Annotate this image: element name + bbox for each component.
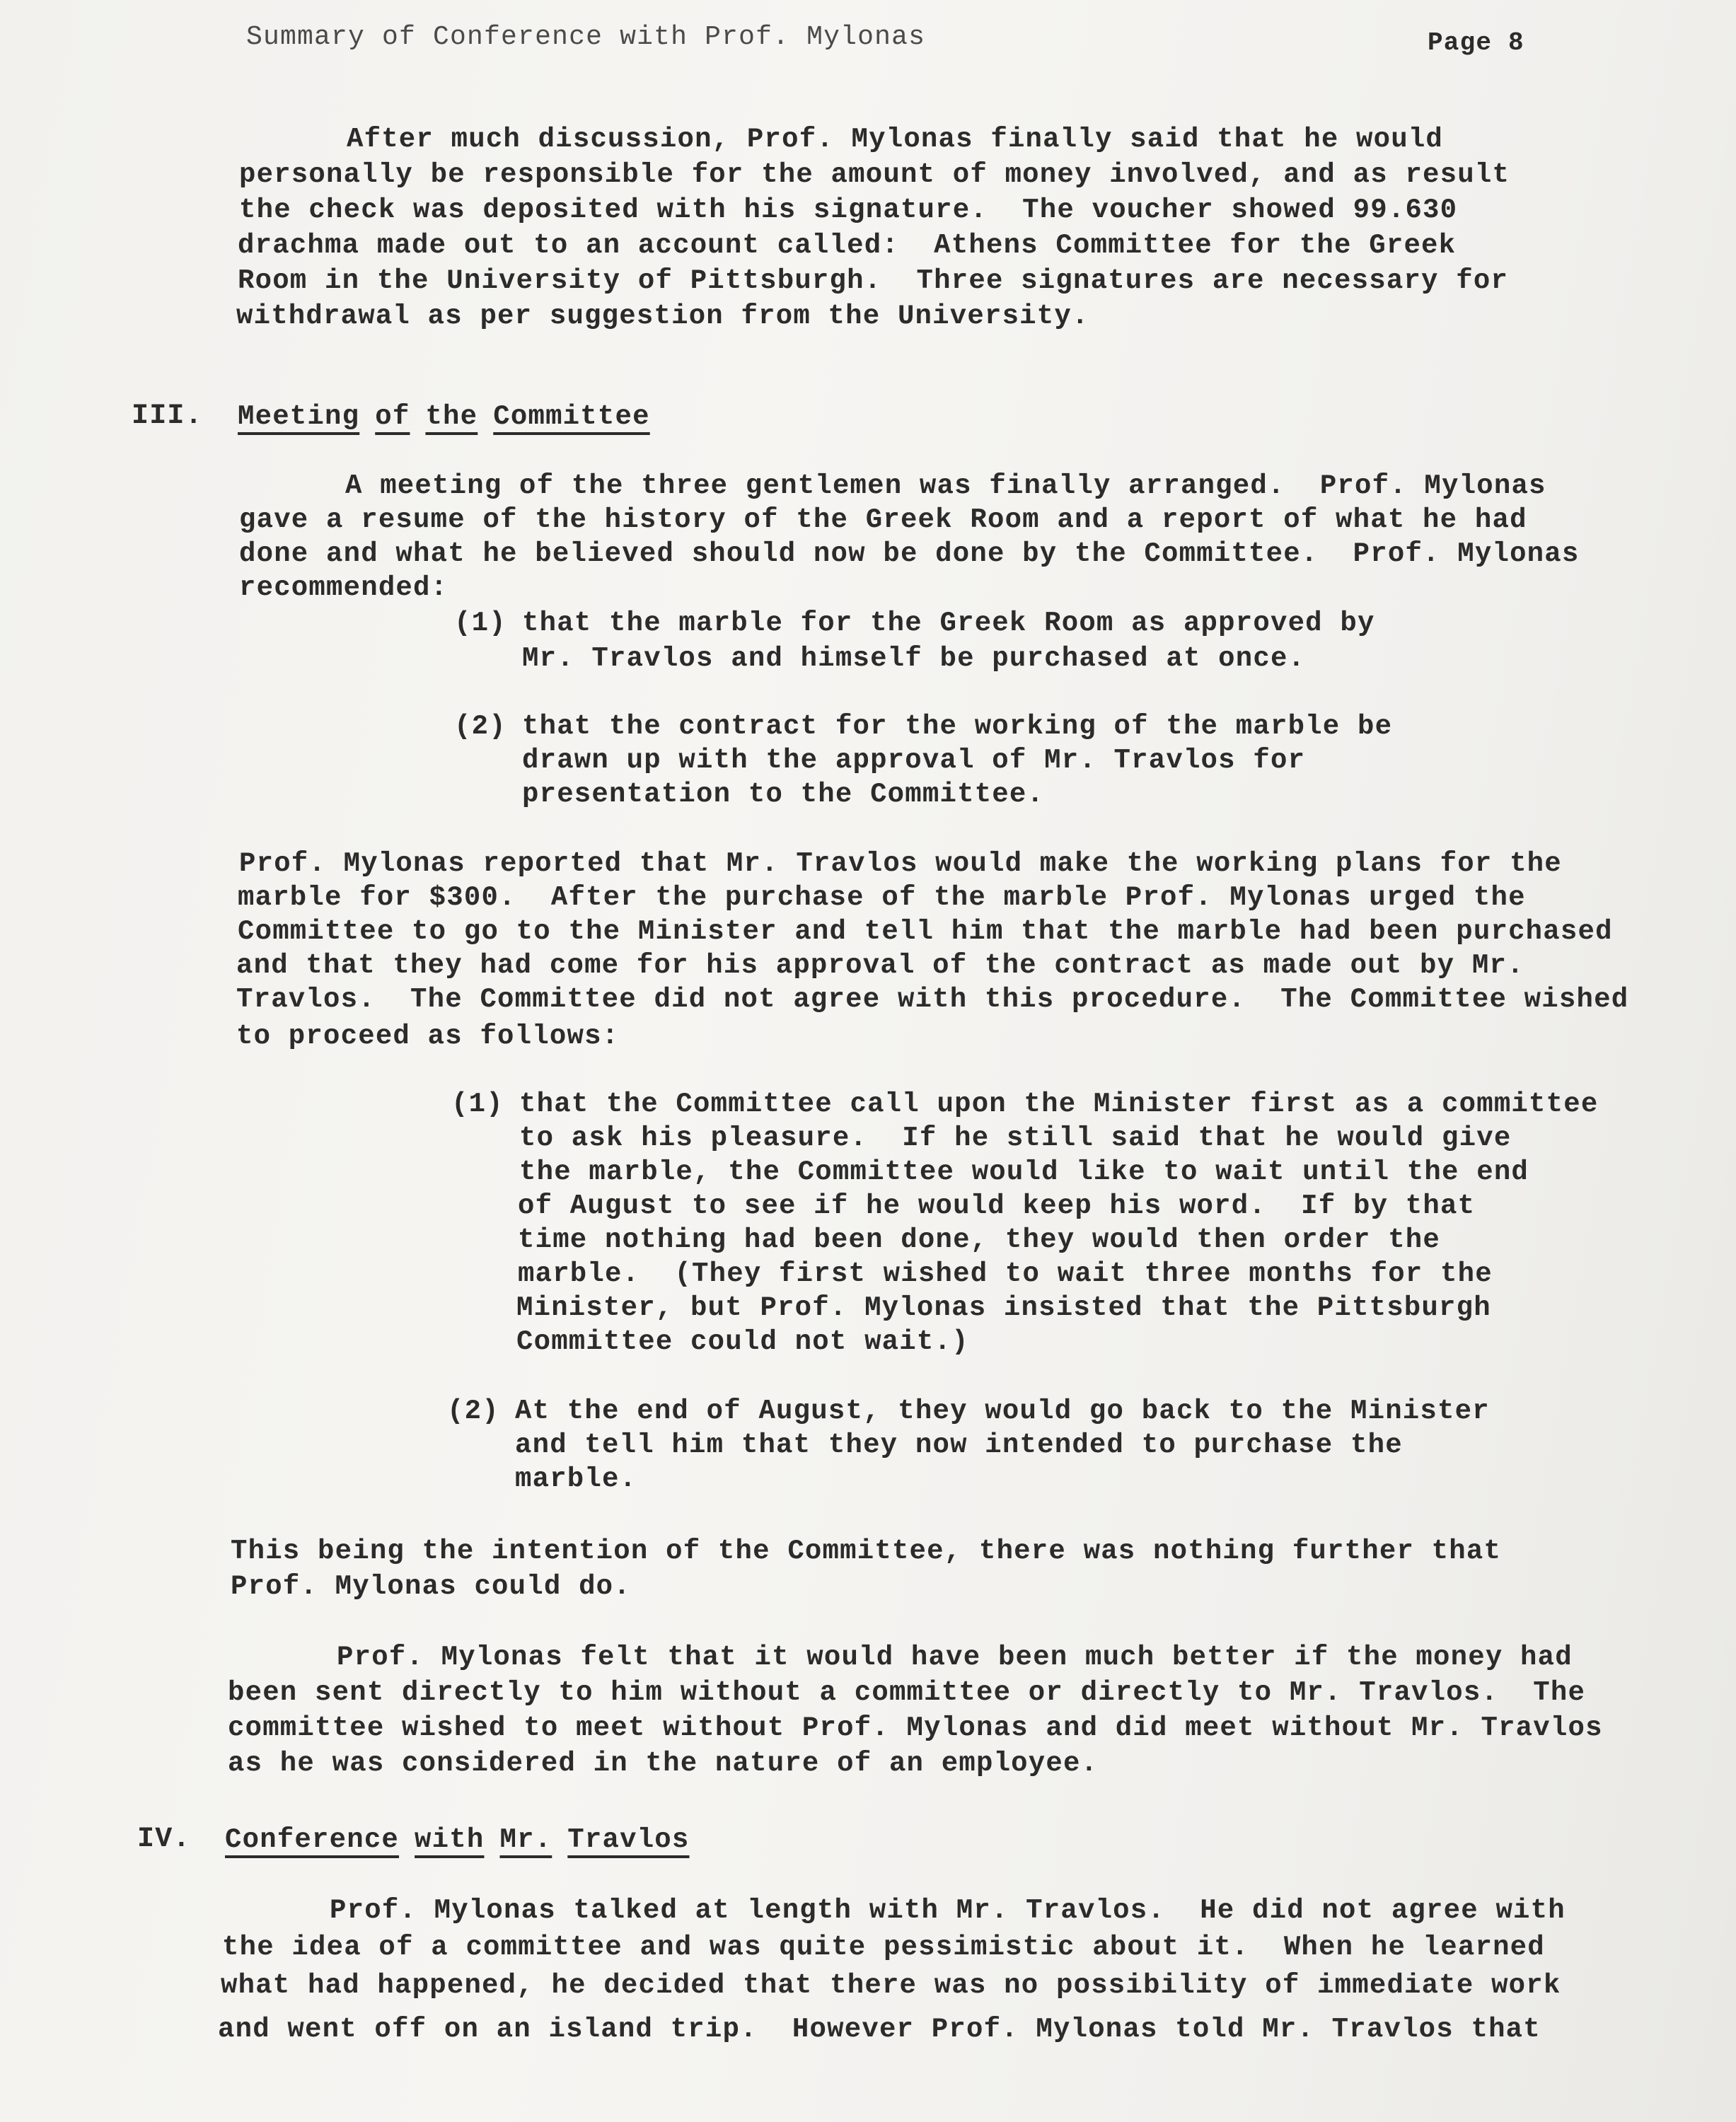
text-line: This being the intention of the Committe…	[231, 1533, 1501, 1569]
section-numeral: III.	[132, 399, 203, 434]
heading-word: of	[375, 401, 410, 432]
section-title: MeetingoftheCommittee	[238, 399, 650, 434]
heading-word: Travlos	[567, 1824, 689, 1855]
text-line: the idea of a committee and was quite pe…	[222, 1930, 1545, 1965]
text-line: the check was deposited with his signatu…	[239, 192, 1457, 228]
text-line: drachma made out to an account called: A…	[238, 228, 1456, 263]
list-marker: (1)	[454, 605, 507, 641]
text-line: that the marble for the Greek Room as ap…	[522, 605, 1375, 641]
text-line: Travlos. The Committee did not agree wit…	[236, 982, 1628, 1017]
text-line: marble for $300. After the purchase of t…	[238, 880, 1526, 915]
text-line: recommended:	[239, 570, 448, 605]
document-page: Summary of Conference with Prof. Mylonas…	[0, 0, 1736, 2122]
text-line: After much discussion, Prof. Mylonas fin…	[347, 122, 1443, 157]
text-line: and tell him that they now intended to p…	[515, 1427, 1403, 1463]
text-line: personally be responsible for the amount…	[239, 157, 1510, 192]
text-line: and that they had come for his approval …	[236, 948, 1524, 983]
list-marker: (2)	[447, 1393, 499, 1429]
heading-word: Committee	[493, 401, 649, 432]
section-numeral: IV.	[137, 1822, 191, 1857]
text-line: to proceed as follows:	[236, 1019, 619, 1054]
text-line: to ask his pleasure. If he still said th…	[519, 1120, 1511, 1156]
text-line: Room in the University of Pittsburgh. Th…	[238, 263, 1508, 298]
text-line: that the contract for the working of the…	[522, 709, 1392, 744]
heading-word: Conference	[225, 1824, 399, 1855]
text-line: Prof. Mylonas felt that it would have be…	[337, 1640, 1573, 1675]
document-header-title: Summary of Conference with Prof. Mylonas	[246, 20, 925, 55]
page-number: Page 8	[1428, 25, 1524, 61]
text-line: Minister, but Prof. Mylonas insisted tha…	[516, 1290, 1491, 1326]
text-line: of August to see if he would keep his wo…	[518, 1188, 1475, 1224]
text-line: time nothing had been done, they would t…	[518, 1222, 1440, 1258]
text-line: been sent directly to him without a comm…	[228, 1675, 1585, 1710]
text-line: that the Committee call upon the Ministe…	[519, 1086, 1598, 1122]
text-line: and went off on an island trip. However …	[218, 2012, 1541, 2047]
text-line: marble.	[515, 1461, 637, 1497]
heading-word: Mr.	[499, 1824, 552, 1855]
text-line: drawn up with the approval of Mr. Travlo…	[522, 743, 1305, 778]
heading-word: Meeting	[238, 401, 359, 432]
text-line: Mr. Travlos and himself be purchased at …	[522, 641, 1305, 676]
list-marker: (1)	[451, 1086, 504, 1122]
text-line: what had happened, he decided that there…	[221, 1968, 1561, 2003]
text-line: marble. (They first wished to wait three…	[518, 1256, 1493, 1292]
text-line: as he was considered in the nature of an…	[228, 1746, 1098, 1781]
text-line: gave a resume of the history of the Gree…	[239, 502, 1527, 538]
text-line: Prof. Mylonas could do.	[231, 1569, 631, 1604]
text-line: A meeting of the three gentlemen was fin…	[345, 468, 1546, 504]
text-line: withdrawal as per suggestion from the Un…	[236, 298, 1089, 334]
text-line: done and what he believed should now be …	[239, 536, 1580, 572]
heading-word: with	[415, 1824, 484, 1855]
text-line: presentation to the Committee.	[522, 777, 1044, 812]
text-line: Prof. Mylonas reported that Mr. Travlos …	[239, 846, 1562, 881]
text-line: Prof. Mylonas talked at length with Mr. …	[330, 1893, 1566, 1928]
text-line: Committee to go to the Minister and tell…	[238, 914, 1613, 949]
heading-word: the	[425, 401, 478, 432]
text-line: committee wished to meet without Prof. M…	[228, 1710, 1603, 1746]
text-line: the marble, the Committee would like to …	[519, 1154, 1529, 1190]
section-title: ConferencewithMr.Travlos	[225, 1822, 690, 1857]
text-line: At the end of August, they would go back…	[515, 1393, 1490, 1429]
text-line: Committee could not wait.)	[516, 1324, 969, 1359]
list-marker: (2)	[454, 709, 507, 744]
